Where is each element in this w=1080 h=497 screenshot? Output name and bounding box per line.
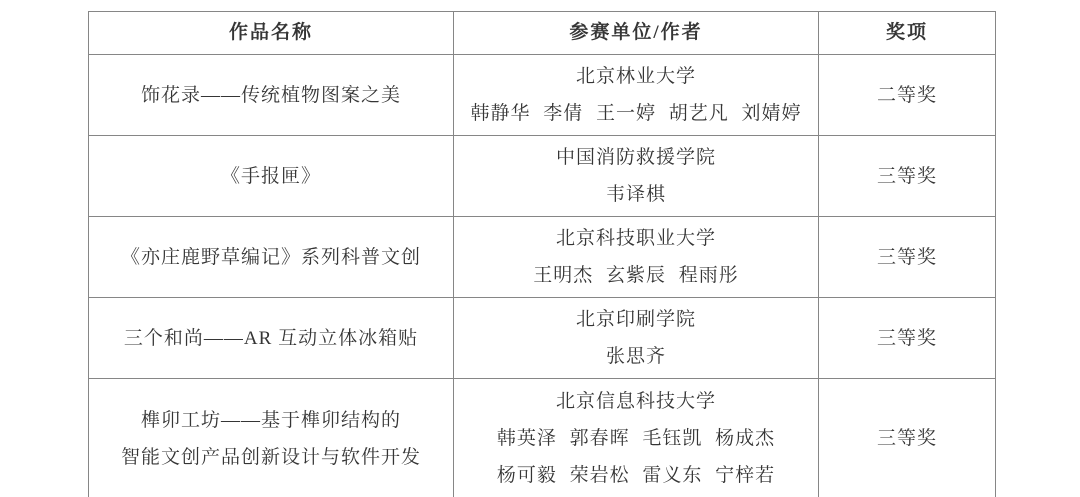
unit-author-cell: 北京印刷学院 张思齐 xyxy=(454,298,819,379)
table-row: 饰花录——传统植物图案之美 北京林业大学 韩静华 李倩 王一婷 胡艺凡 刘婧婷 … xyxy=(89,55,996,136)
authors-line: 张思齐 xyxy=(460,338,812,375)
awards-table: 作品名称 参赛单位/作者 奖项 饰花录——传统植物图案之美 北京林业大学 韩静华… xyxy=(88,11,996,497)
unit-line: 中国消防救援学院 xyxy=(460,139,812,176)
work-title-cell: 三个和尚——AR 互动立体冰箱贴 xyxy=(89,298,454,379)
unit-author-cell: 北京信息科技大学 韩英泽 郭春晖 毛钰凯 杨成杰 杨可毅 荣岩松 雷义东 宁梓若 xyxy=(454,379,819,497)
unit-line: 北京科技职业大学 xyxy=(460,220,812,257)
table-row: 《亦庄鹿野草编记》系列科普文创 北京科技职业大学 王明杰 玄紫辰 程雨彤 三等奖 xyxy=(89,217,996,298)
work-title-line: 三个和尚——AR 互动立体冰箱贴 xyxy=(95,320,447,357)
table-header-row: 作品名称 参赛单位/作者 奖项 xyxy=(89,12,996,55)
unit-line: 北京印刷学院 xyxy=(460,301,812,338)
header-award: 奖项 xyxy=(819,12,996,55)
header-unit-author: 参赛单位/作者 xyxy=(454,12,819,55)
unit-line: 北京信息科技大学 xyxy=(460,383,812,420)
authors-line: 韩英泽 郭春晖 毛钰凯 杨成杰 xyxy=(460,420,812,457)
table-row: 《手报匣》 中国消防救援学院 韦译棋 三等奖 xyxy=(89,136,996,217)
authors-line: 韦译棋 xyxy=(460,176,812,213)
unit-author-cell: 北京林业大学 韩静华 李倩 王一婷 胡艺凡 刘婧婷 xyxy=(454,55,819,136)
work-title-cell: 榫卯工坊——基于榫卯结构的 智能文创产品创新设计与软件开发 xyxy=(89,379,454,497)
work-title-cell: 《亦庄鹿野草编记》系列科普文创 xyxy=(89,217,454,298)
award-cell: 三等奖 xyxy=(819,217,996,298)
award-cell: 三等奖 xyxy=(819,298,996,379)
document-page: 作品名称 参赛单位/作者 奖项 饰花录——传统植物图案之美 北京林业大学 韩静华… xyxy=(0,0,1080,497)
work-title-line: 《亦庄鹿野草编记》系列科普文创 xyxy=(95,239,447,276)
unit-author-cell: 北京科技职业大学 王明杰 玄紫辰 程雨彤 xyxy=(454,217,819,298)
award-cell: 二等奖 xyxy=(819,55,996,136)
authors-line: 王明杰 玄紫辰 程雨彤 xyxy=(460,257,812,294)
table-row: 榫卯工坊——基于榫卯结构的 智能文创产品创新设计与软件开发 北京信息科技大学 韩… xyxy=(89,379,996,497)
authors-line: 韩静华 李倩 王一婷 胡艺凡 刘婧婷 xyxy=(460,95,812,132)
work-title-cell: 《手报匣》 xyxy=(89,136,454,217)
award-cell: 三等奖 xyxy=(819,136,996,217)
table-row: 三个和尚——AR 互动立体冰箱贴 北京印刷学院 张思齐 三等奖 xyxy=(89,298,996,379)
work-title-line: 《手报匣》 xyxy=(95,158,447,195)
authors-line: 杨可毅 荣岩松 雷义东 宁梓若 xyxy=(460,457,812,494)
work-title-cell: 饰花录——传统植物图案之美 xyxy=(89,55,454,136)
award-cell: 三等奖 xyxy=(819,379,996,497)
unit-line: 北京林业大学 xyxy=(460,58,812,95)
work-title-line: 智能文创产品创新设计与软件开发 xyxy=(95,439,447,476)
unit-author-cell: 中国消防救援学院 韦译棋 xyxy=(454,136,819,217)
header-work-name: 作品名称 xyxy=(89,12,454,55)
work-title-line: 榫卯工坊——基于榫卯结构的 xyxy=(95,402,447,439)
work-title-line: 饰花录——传统植物图案之美 xyxy=(95,77,447,114)
